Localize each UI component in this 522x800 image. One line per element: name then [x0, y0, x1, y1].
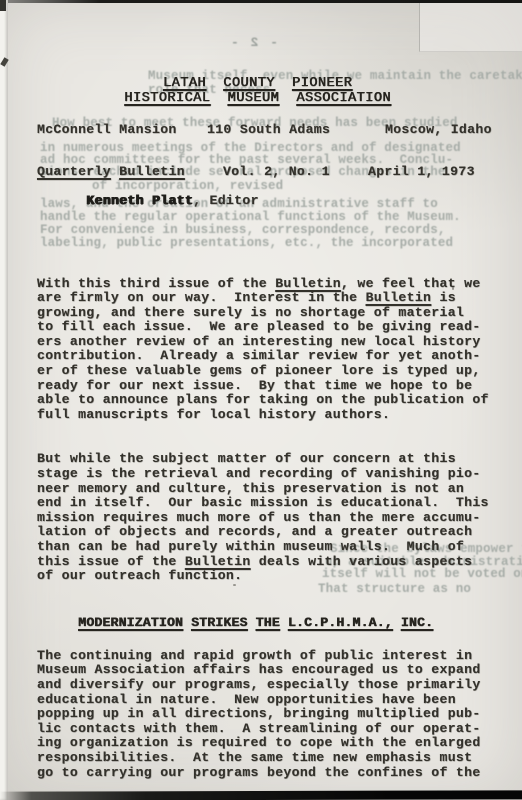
paragraph-modernization: The continuing and rapid growth of publi… [37, 649, 494, 780]
address-building: McConnell Mansion [37, 123, 207, 138]
paragraph-intro: With this third issue of the Bulletin, w… [37, 277, 494, 423]
scan-edge-top [8, 0, 522, 3]
scan-edge-left [0, 0, 8, 800]
address-row: McConnell Mansion 110 South Adams Moscow… [37, 123, 494, 138]
ink-speck-1 [233, 584, 236, 586]
org-title-line-2: HISTORICAL MUSEUM ASSOCIATION [29, 91, 486, 106]
scan-corner-mark [0, 0, 6, 11]
editor-name: Kenneth Platt [86, 193, 193, 208]
scan-edge-bottom [0, 790, 522, 800]
section-heading-modernization: MODERNIZATION STRIKES THE L.C.P.H.M.A., … [27, 615, 484, 630]
underlying-sheet-edge [419, 0, 522, 52]
publication-title: Quarterly Bulletin [37, 165, 223, 180]
ink-speck-2 [452, 287, 454, 290]
page-content: LATAH COUNTY PIONEER HISTORICAL MUSEUM A… [0, 76, 522, 780]
issue-date: April 1, 1973 [368, 165, 475, 180]
paragraph-mission: But while the subject matter of our conc… [37, 452, 494, 583]
editor-line: Kenneth Platt, Editor [37, 179, 494, 223]
org-title-line-1: LATAH COUNTY PIONEER [29, 76, 486, 91]
scanned-page: Museum itself, even while we maintain th… [0, 0, 522, 800]
editor-role: , Editor [193, 193, 259, 208]
ghost-page-number-text: - 2 - [229, 35, 278, 50]
address-street: 110 South Adams [207, 123, 385, 138]
issue-row: Quarterly Bulletin Vol. 2, No. 1 April 1… [37, 165, 494, 180]
address-city: Moscow, Idaho [385, 123, 492, 138]
masthead: LATAH COUNTY PIONEER HISTORICAL MUSEUM A… [29, 76, 486, 106]
volume-number: Vol. 2, No. 1 [223, 165, 368, 180]
